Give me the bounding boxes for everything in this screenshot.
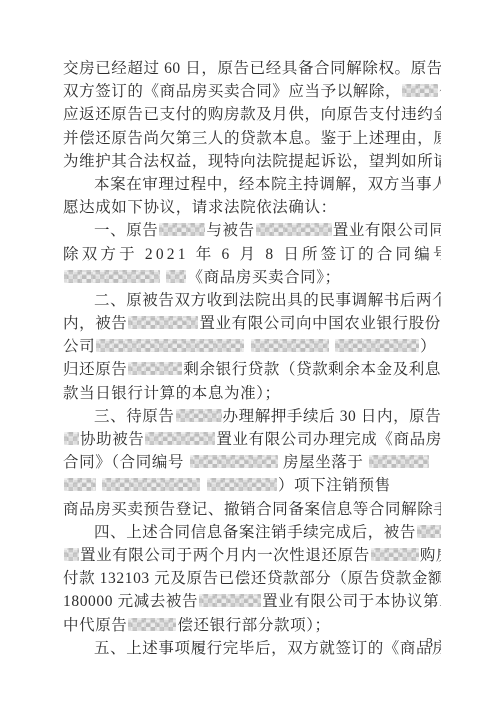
redacted-text <box>371 548 419 561</box>
redacted-text <box>251 339 329 352</box>
redacted-text <box>64 478 96 491</box>
text-segment: 应返还原告已支付的购房款及月供，向原告支付违约金， <box>63 106 441 123</box>
text-segment: 置业有限公司办理完成《商品房买卖 <box>216 431 441 448</box>
text-segment: 合同》（合同编号 <box>63 454 189 471</box>
text-segment: 一、原告 <box>94 222 158 239</box>
document-line: 并偿还原告尚欠第三人的贷款本息。鉴于上述理由，原告 <box>63 127 441 150</box>
document-line: 双方签订的《商品房买卖合同》应当予以解除，公司 <box>63 80 441 103</box>
redacted-text <box>159 223 205 236</box>
text-segment: 办理解押手续后 30 日内，原告 <box>223 408 441 425</box>
text-segment: 五、上述事项履行完毕后，双方就签订的《商品房买 <box>94 640 441 657</box>
text-segment: 置业有限公司向中国农业银行股份有限 <box>199 315 441 332</box>
text-segment: 二、原被告双方收到法院出具的民事调解书后两个月 <box>94 292 441 309</box>
text-segment: 为维护其合法权益，现特向法院提起诉讼，望判如所请。 <box>63 153 441 170</box>
page-number: 3 <box>426 636 433 652</box>
document-line: 除双方于 2021 年 6 月 8 日所签订的合同编号为 <box>63 243 441 266</box>
redacted-text <box>128 362 182 375</box>
text-segment: ） <box>420 338 436 355</box>
redacted-text <box>369 455 429 468</box>
text-segment: 内，被告 <box>63 315 127 332</box>
redacted-text <box>166 270 186 283</box>
text-segment: 180000 元减去被告 <box>63 593 198 610</box>
text-segment: 款当日银行计算的本息为准）； <box>63 385 281 402</box>
document-body: 交房已经超过 60 日，原告已经具备合同解除权。原告认为，双方签订的《商品房买卖… <box>63 57 441 660</box>
redacted-text <box>199 594 261 607</box>
text-segment: 偿还银行部分款项）； <box>177 617 330 634</box>
text-segment: 除双方于 2021 年 6 月 8 日所签订的合同编号为 <box>63 246 441 263</box>
redacted-text <box>207 478 277 491</box>
text-segment: 本案在审理过程中，经本院主持调解，双方当事人自 <box>94 176 441 193</box>
text-segment: 置业有限公司于两个月内一次性退还原告 <box>80 547 370 564</box>
document-line: 180000 元减去被告置业有限公司于本协议第二项 <box>63 590 441 613</box>
redacted-text <box>102 478 200 491</box>
document-line: ）项下注销预售 <box>63 474 441 497</box>
document-line: 为维护其合法权益，现特向法院提起诉讼，望判如所请。 <box>63 150 441 173</box>
document-line: 商品房买卖预告登记、撤销合同备案信息等合同解除手续； <box>63 498 441 521</box>
redacted-text <box>128 316 198 329</box>
redacted-text <box>402 84 438 97</box>
redacted-text <box>176 409 222 422</box>
redacted-text <box>64 432 79 445</box>
text-segment: 并偿还原告尚欠第三人的贷款本息。鉴于上述理由，原告 <box>63 130 441 147</box>
text-segment: 公司 <box>439 83 441 100</box>
document-line: 协助被告置业有限公司办理完成《商品房买卖 <box>63 428 441 451</box>
redacted-text <box>335 339 419 352</box>
redacted-text <box>96 339 244 352</box>
text-segment <box>330 338 334 355</box>
document-line: 置业有限公司于两个月内一次性退还原告购房首 <box>63 544 441 567</box>
document-line: 公司 ） <box>63 335 441 358</box>
document-page: 交房已经超过 60 日，原告已经具备合同解除权。原告认为，双方签订的《商品房买卖… <box>0 0 500 707</box>
redacted-text <box>64 270 160 283</box>
redacted-text <box>128 618 176 631</box>
redacted-text <box>64 548 79 561</box>
text-segment <box>97 477 101 494</box>
text-segment: 商品房买卖预告登记、撤销合同备案信息等合同解除手续； <box>63 501 441 518</box>
document-line: 三、待原告办理解押手续后 30 日内，原告 <box>63 405 441 428</box>
text-segment: 与被告 <box>206 222 254 239</box>
redacted-text <box>190 455 278 468</box>
text-segment <box>201 477 205 494</box>
document-line: 愿达成如下协议，请求法院依法确认： <box>63 196 441 219</box>
document-line: 合同》（合同编号 房屋坐落于 <box>63 451 441 474</box>
text-segment: 《商品房买卖合同》； <box>187 269 340 286</box>
text-segment: 付款 132103 元及原告已偿还贷款部分（原告贷款金额 <box>63 570 441 587</box>
text-segment: 置业有限公司同意解 <box>333 222 441 239</box>
document-line: 交房已经超过 60 日，原告已经具备合同解除权。原告认为， <box>63 57 441 80</box>
text-segment <box>245 338 249 355</box>
text-segment: 交房已经超过 60 日，原告已经具备合同解除权。原告认为， <box>63 60 441 77</box>
document-line: 四、上述合同信息备案注销手续完成后，被告 <box>63 521 441 544</box>
text-segment: 双方签订的《商品房买卖合同》应当予以解除， <box>63 83 401 100</box>
redacted-text <box>145 432 215 445</box>
document-line: 五、上述事项履行完毕后，双方就签订的《商品房买 <box>63 637 441 660</box>
document-line: 二、原被告双方收到法院出具的民事调解书后两个月 <box>63 289 441 312</box>
text-segment: 协助被告 <box>80 431 144 448</box>
document-line: 归还原告剩余银行贷款（贷款剩余本金及利息以还 <box>63 358 441 381</box>
document-line: 款当日银行计算的本息为准）； <box>63 382 441 405</box>
text-segment: 愿达成如下协议，请求法院依法确认： <box>63 199 337 216</box>
document-line: 应返还原告已支付的购房款及月供，向原告支付违约金， <box>63 103 441 126</box>
document-line: 中代原告偿还银行部分款项）； <box>63 614 441 637</box>
text-segment <box>161 269 165 286</box>
text-segment: ）项下注销预售 <box>278 477 391 494</box>
text-segment: 购房首 <box>420 547 441 564</box>
text-segment: 四、上述合同信息备案注销手续完成后，被告 <box>94 524 416 541</box>
text-segment: 公司 <box>63 338 95 355</box>
document-line: 《商品房买卖合同》； <box>63 266 441 289</box>
text-segment: 剩余银行贷款（贷款剩余本金及利息以还 <box>183 361 441 378</box>
document-line: 内，被告置业有限公司向中国农业银行股份有限 <box>63 312 441 335</box>
document-line: 一、原告与被告置业有限公司同意解 <box>63 219 441 242</box>
redacted-text <box>256 223 332 236</box>
document-line: 付款 132103 元及原告已偿还贷款部分（原告贷款金额 <box>63 567 441 590</box>
text-segment: 三、待原告 <box>94 408 175 425</box>
text-segment: 置业有限公司于本协议第二项 <box>262 593 441 610</box>
document-line: 本案在审理过程中，经本院主持调解，双方当事人自 <box>63 173 441 196</box>
text-segment: 房屋坐落于 <box>279 454 368 471</box>
redacted-text <box>417 525 441 538</box>
text-segment: 中代原告 <box>63 617 127 634</box>
text-segment: 归还原告 <box>63 361 127 378</box>
